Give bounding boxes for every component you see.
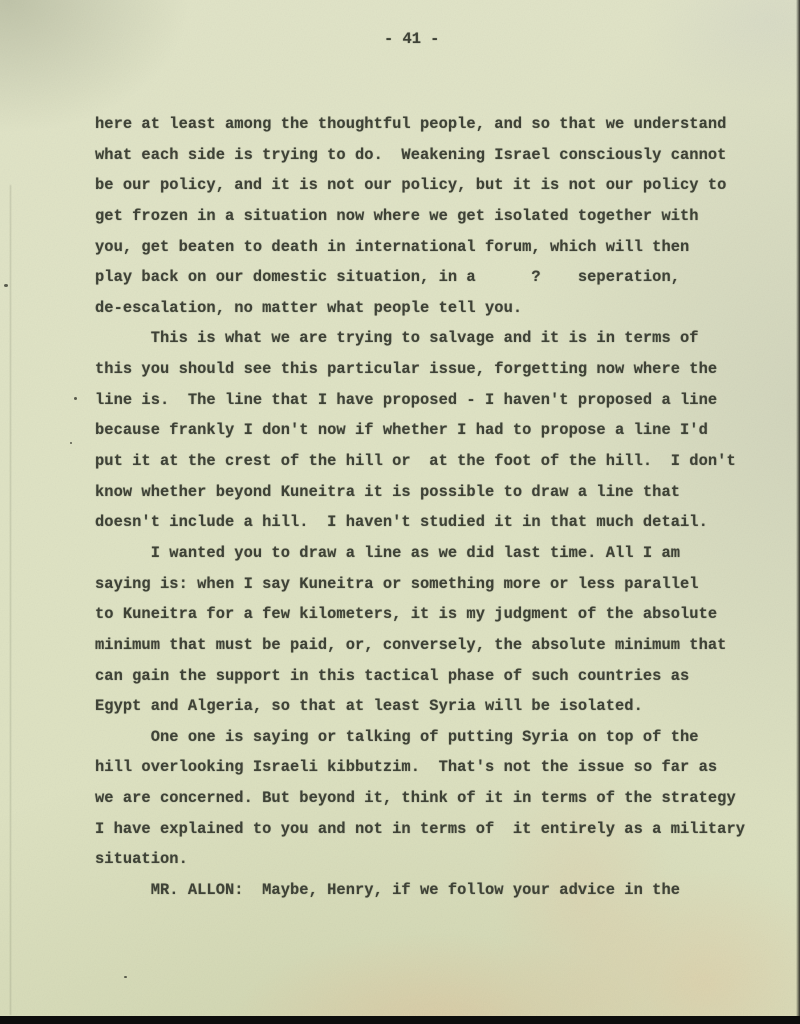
page-number: - 41 - xyxy=(384,30,439,48)
text-line: de-escalation, no matter what people tel… xyxy=(95,293,755,324)
text-line: hill overlooking Israeli kibbutzim. That… xyxy=(95,752,755,783)
scanned-document-page: - 41 - here at least among the thoughtfu… xyxy=(0,0,800,1024)
text-line: to Kuneitra for a few kilometers, it is … xyxy=(95,599,755,630)
text-line: what each side is trying to do. Weakenin… xyxy=(95,140,755,171)
text-line: Egypt and Algeria, so that at least Syri… xyxy=(95,691,755,722)
text-line: situation. xyxy=(95,844,755,875)
text-line: doesn't include a hill. I haven't studie… xyxy=(95,507,755,538)
text-line: get frozen in a situation now where we g… xyxy=(95,201,755,232)
text-line: minimum that must be paid, or, conversel… xyxy=(95,630,755,661)
paper-speck xyxy=(124,976,127,978)
paper-speck xyxy=(74,397,77,400)
text-line: One one is saying or talking of putting … xyxy=(95,722,755,753)
scan-bar xyxy=(0,1016,800,1024)
text-line: saying is: when I say Kuneitra or someth… xyxy=(95,569,755,600)
text-line: This is what we are trying to salvage an… xyxy=(95,323,755,354)
text-line: I have explained to you and not in terms… xyxy=(95,814,755,845)
text-line: know whether beyond Kuneitra it is possi… xyxy=(95,477,755,508)
paper-crease xyxy=(10,185,11,1015)
paper-speck xyxy=(70,442,72,444)
text-line: here at least among the thoughtful peopl… xyxy=(95,109,755,140)
text-line: because frankly I don't now if whether I… xyxy=(95,415,755,446)
document-body: here at least among the thoughtful peopl… xyxy=(95,109,755,906)
paper-speck xyxy=(4,284,8,287)
text-line: you, get beaten to death in internationa… xyxy=(95,232,755,263)
text-line: line is. The line that I have proposed -… xyxy=(95,385,755,416)
scan-edge-shadow xyxy=(796,0,800,1024)
text-line: play back on our domestic situation, in … xyxy=(95,262,755,293)
text-line: can gain the support in this tactical ph… xyxy=(95,661,755,692)
text-line: put it at the crest of the hill or at th… xyxy=(95,446,755,477)
text-line: we are concerned. But beyond it, think o… xyxy=(95,783,755,814)
text-line: be our policy, and it is not our policy,… xyxy=(95,170,755,201)
text-line: I wanted you to draw a line as we did la… xyxy=(95,538,755,569)
text-line: MR. ALLON: Maybe, Henry, if we follow yo… xyxy=(95,875,755,906)
text-line: this you should see this particular issu… xyxy=(95,354,755,385)
